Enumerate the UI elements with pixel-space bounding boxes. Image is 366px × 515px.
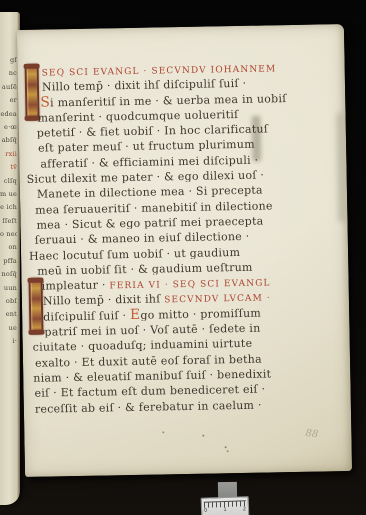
verso-fragment: nc (0, 67, 17, 80)
verso-fragment: e·œ (0, 121, 17, 134)
verso-fragment: obſ (0, 295, 17, 308)
parchment-specks (202, 435, 204, 437)
verso-fragment: auſē (0, 81, 17, 94)
verso-fragment: o nec (0, 228, 17, 241)
verso-fragment: ſſeſt (0, 215, 17, 228)
ruler-label-1: 1 (223, 507, 226, 513)
text-block: SEQ SCI EVANGL · SECVNDV IOHANNEMNillo t… (24, 57, 342, 414)
verso-fragment: edea (0, 108, 17, 121)
verso-fragment: e ich (0, 201, 17, 214)
body-text: receſſit ab eiſ · & ferebatur in caelum … (35, 398, 262, 415)
verso-fragment: tv̄ (0, 161, 17, 174)
verso-fragment: on (0, 241, 17, 254)
ruler-label-2: 2 (243, 506, 246, 512)
versal-letter: S (40, 94, 50, 109)
verso-fragment: er (0, 94, 17, 107)
verso-fragment: ent (0, 308, 17, 321)
verso-fragment: uun (0, 282, 17, 295)
verso-fragment: gſ (0, 54, 17, 67)
verso-fragment: m ue (0, 188, 17, 201)
manuscript-page: SEQ SCI EVANGL · SECVNDV IOHANNEMNillo t… (17, 24, 352, 477)
ruler-labels: 0 1 2 (204, 506, 246, 513)
verso-fragment: i· (0, 335, 17, 348)
verso-fragment: rxii (0, 148, 17, 161)
verso-fragment: pffa (0, 255, 17, 268)
verso-fragment: abſq̄ (0, 134, 17, 147)
ruler-label-0: 0 (204, 508, 207, 514)
measuring-scale: 0 1 2 (201, 496, 250, 515)
photograph-background: gſncauſēeredeae·œabſq̄rxiitv̄clſqm uee i… (0, 0, 366, 515)
verso-fragment: noſq̄ (0, 268, 17, 281)
verso-text-fragments: gſncauſēeredeae·œabſq̄rxiitv̄clſqm uee i… (0, 54, 17, 349)
folio-number: 88 (305, 428, 319, 440)
verso-fragment: ue (0, 322, 17, 335)
verso-fragment: clſq (0, 175, 17, 188)
